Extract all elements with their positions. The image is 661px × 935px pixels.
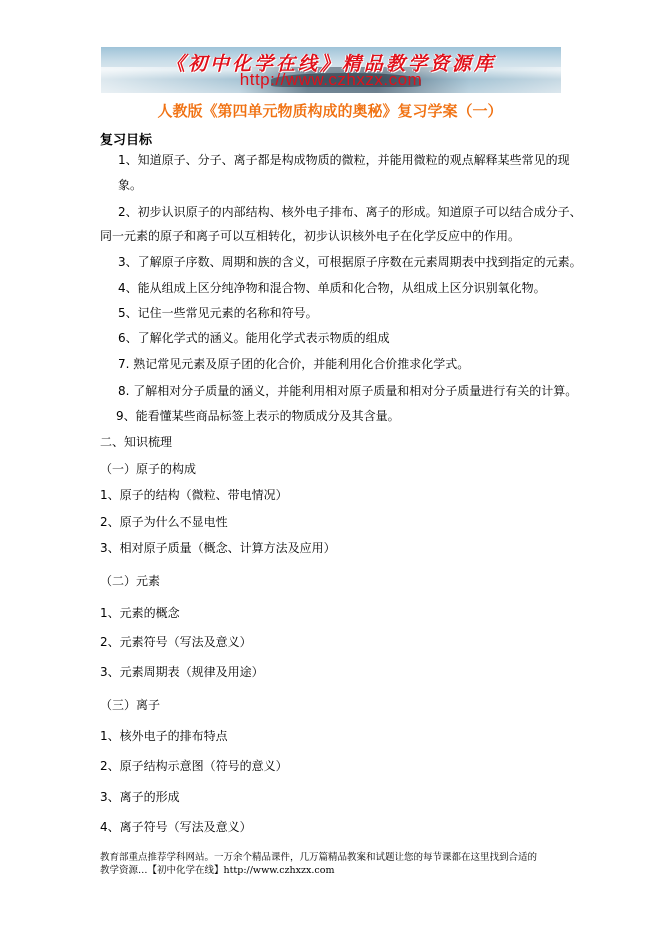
subsection-item: 4、离子符号（写法及意义）: [100, 819, 252, 835]
subsection-item: 2、原子为什么不显电性: [100, 514, 228, 530]
subsection-item: 2、原子结构示意图（符号的意义）: [100, 758, 288, 774]
goal-line: 5、记住一些常见元素的名称和符号。: [118, 305, 318, 321]
knowledge-heading: 二、知识梳理: [100, 434, 172, 450]
page-footer: 教育部重点推荐学科网站。一万余个精品课件，几万篇精品教案和试题让您的每节课都在这…: [100, 851, 570, 877]
goal-line: 6、了解化学式的涵义。能用化学式表示物质的组成: [118, 330, 390, 346]
subsection-title: （三）离子: [100, 697, 160, 713]
subsection-item: 3、相对原子质量（概念、计算方法及应用）: [100, 540, 336, 556]
banner-url[interactable]: http://www.czhxzx.com: [101, 70, 561, 90]
subsection-item: 2、元素符号（写法及意义）: [100, 634, 252, 650]
site-banner: 《初中化学在线》精品教学资源库 http://www.czhxzx.com: [101, 47, 561, 93]
subsection-item: 3、元素周期表（规律及用途）: [100, 664, 264, 680]
subsection-item: 1、原子的结构（微粒、带电情况）: [100, 487, 288, 503]
subsection-item: 3、离子的形成: [100, 789, 180, 805]
footer-line: 教育部重点推荐学科网站。一万余个精品课件，几万篇精品教案和试题让您的每节课都在这…: [100, 851, 570, 864]
goals-heading: 复习目标: [100, 129, 152, 148]
subsection-title: （一）原子的构成: [100, 461, 196, 477]
goal-line: 8. 了解相对分子质量的涵义，并能利用相对原子质量和相对分子质量进行有关的计算。: [118, 383, 577, 399]
goal-line: 象。: [118, 177, 142, 193]
document-title: 人教版《第四单元物质构成的奥秘》复习学案（一）: [100, 100, 560, 121]
goal-line: 同一元素的原子和离子可以互相转化，初步认识核外电子在化学反应中的作用。: [100, 228, 520, 244]
goal-line: 2、初步认识原子的内部结构、核外电子排布、离子的形成。知道原子可以结合成分子、: [118, 204, 582, 220]
subsection-item: 1、核外电子的排布特点: [100, 728, 228, 744]
goal-line: 3、了解原子序数、周期和族的含义，可根据原子序数在元素周期表中找到指定的元素。: [118, 254, 582, 270]
goal-line: 9、能看懂某些商品标签上表示的物质成分及其含量。: [116, 408, 400, 424]
subsection-title: （二）元素: [100, 573, 160, 589]
goal-line: 1、知道原子、分子、离子都是构成物质的微粒，并能用微粒的观点解释某些常见的现: [118, 152, 570, 168]
goal-line: 7. 熟记常见元素及原子团的化合价，并能利用化合价推求化学式。: [118, 356, 469, 372]
goal-line: 4、能从组成上区分纯净物和混合物、单质和化合物，从组成上区分识别氧化物。: [118, 280, 546, 296]
footer-line[interactable]: 教学资源…【初中化学在线】http://www.czhxzx.com: [100, 864, 570, 877]
subsection-item: 1、元素的概念: [100, 605, 180, 621]
